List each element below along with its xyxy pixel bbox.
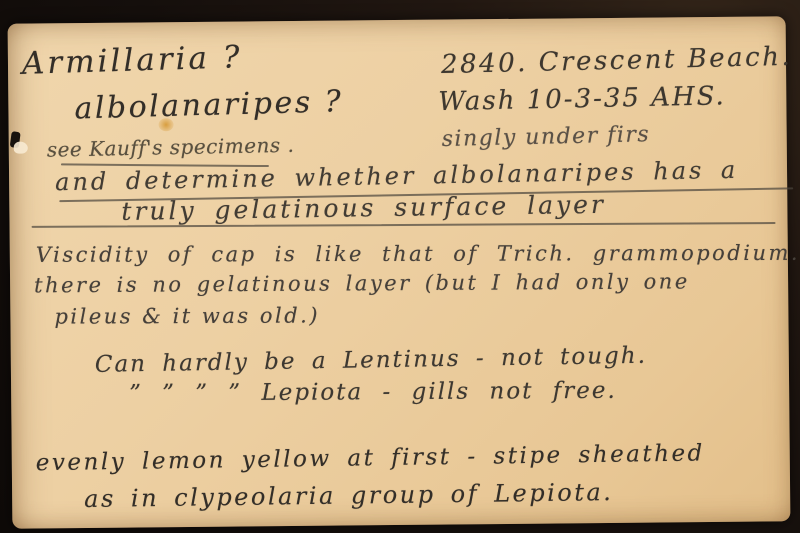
collection-number-line: 2840. Crescent Beach.	[441, 42, 793, 80]
edge-chip-mark	[14, 142, 28, 154]
stain-spot	[159, 118, 174, 131]
habitat-line: singly under firs	[441, 122, 650, 152]
color-note-line-1: evenly lemon yellow at first - stipe she…	[36, 440, 705, 476]
lepiota-ditto-line: ” ” ” ” Lepiota - gills not free.	[129, 378, 617, 407]
photo-stage: Armillaria ? albolanaripes ? 2840. Cresc…	[0, 0, 800, 533]
index-card: Armillaria ? albolanaripes ? 2840. Cresc…	[8, 16, 791, 528]
color-note-line-2: as in clypeolaria group of Lepiota.	[84, 478, 614, 513]
species-epithet-line: albolanaripes ?	[74, 84, 344, 126]
viscidity-note-line-1: Viscidity of cap is like that of Trich. …	[36, 241, 800, 267]
date-location-line: Wash 10-3-35 AHS.	[438, 81, 726, 117]
reference-note-line: see Kauff's specimens .	[47, 133, 295, 162]
genus-name-line: Armillaria ?	[21, 39, 243, 82]
lentinus-note-line: Can hardly be a Lentinus - not tough.	[95, 343, 647, 378]
viscidity-note-line-3: pileus & it was old.)	[54, 303, 320, 328]
viscidity-note-line-2: there is no gelatinous layer (but I had …	[34, 269, 690, 297]
